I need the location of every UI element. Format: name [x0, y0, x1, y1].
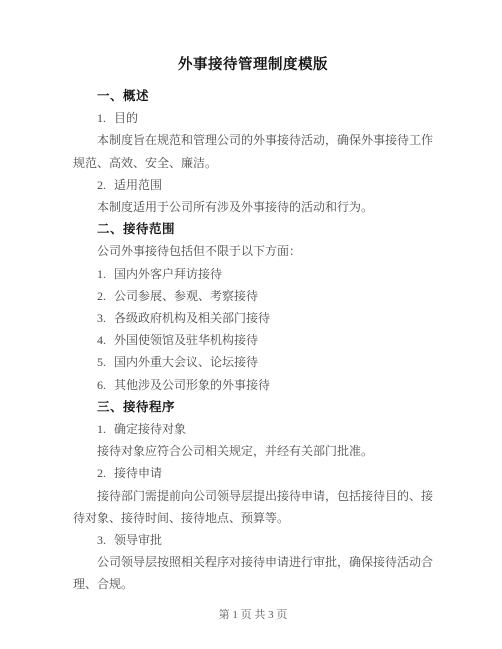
list-item: 2.接待申请 [73, 462, 433, 484]
item-text: 其他涉及公司形象的外事接待 [114, 378, 270, 392]
paragraph: 接待部门需提前向公司领导层提出接待申请，包括接待目的、接待对象、接待时间、接待地… [73, 485, 433, 529]
item-number: 1. [97, 263, 114, 285]
item-number: 1. [97, 418, 114, 440]
list-item: 1.确定接待对象 [73, 418, 433, 440]
paragraph: 公司领导层按照相关程序对接待申请进行审批，确保接待活动合理、合规。 [73, 551, 433, 595]
item-number: 2. [97, 285, 114, 307]
paragraph: 本制度适用于公司所有涉及外事接待的活动和行为。 [73, 196, 433, 218]
list-item: 2.公司参展、参观、考察接待 [73, 285, 433, 307]
item-number: 2. [97, 174, 114, 196]
item-text: 领导审批 [114, 533, 162, 547]
paragraph: 接待对象应符合公司相关规定，并经有关部门批准。 [73, 440, 433, 462]
list-item: 5.国内外重大会议、论坛接待 [73, 351, 433, 373]
section-heading-procedure: 三、接待程序 [73, 396, 433, 418]
item-number: 1. [97, 107, 114, 129]
item-number: 5. [97, 351, 114, 373]
document-title: 外事接待管理制度模版 [73, 54, 433, 76]
list-item: 1.国内外客户拜访接待 [73, 263, 433, 285]
paragraph: 公司外事接待包括但不限于以下方面： [73, 240, 433, 262]
item-number: 3. [97, 307, 114, 329]
item-text: 国内外客户拜访接待 [114, 267, 222, 281]
document-page: 外事接待管理制度模版 一、概述 1.目的 本制度旨在规范和管理公司的外事接待活动… [0, 0, 502, 649]
list-item: 2.适用范围 [73, 174, 433, 196]
list-item: 3.领导审批 [73, 529, 433, 551]
list-item: 6.其他涉及公司形象的外事接待 [73, 374, 433, 396]
item-number: 3. [97, 529, 114, 551]
section-heading-scope: 二、接待范围 [73, 218, 433, 240]
section-heading-overview: 一、概述 [73, 85, 433, 107]
item-text: 适用范围 [114, 178, 162, 192]
document-content: 外事接待管理制度模版 一、概述 1.目的 本制度旨在规范和管理公司的外事接待活动… [0, 0, 502, 626]
item-text: 接待申请 [114, 466, 162, 480]
page-footer: 第 1 页 共 3 页 [73, 604, 433, 626]
list-item: 3.各级政府机构及相关部门接待 [73, 307, 433, 329]
list-item: 1.目的 [73, 107, 433, 129]
item-number: 6. [97, 374, 114, 396]
list-item: 4.外国使领馆及驻华机构接待 [73, 329, 433, 351]
paragraph: 本制度旨在规范和管理公司的外事接待活动，确保外事接待工作规范、高效、安全、廉洁。 [73, 129, 433, 173]
item-text: 公司参展、参观、考察接待 [114, 289, 258, 303]
item-text: 外国使领馆及驻华机构接待 [114, 333, 258, 347]
item-text: 目的 [114, 111, 138, 125]
item-text: 国内外重大会议、论坛接待 [114, 355, 258, 369]
item-number: 4. [97, 329, 114, 351]
item-text: 各级政府机构及相关部门接待 [114, 311, 270, 325]
item-number: 2. [97, 462, 114, 484]
item-text: 确定接待对象 [114, 422, 186, 436]
